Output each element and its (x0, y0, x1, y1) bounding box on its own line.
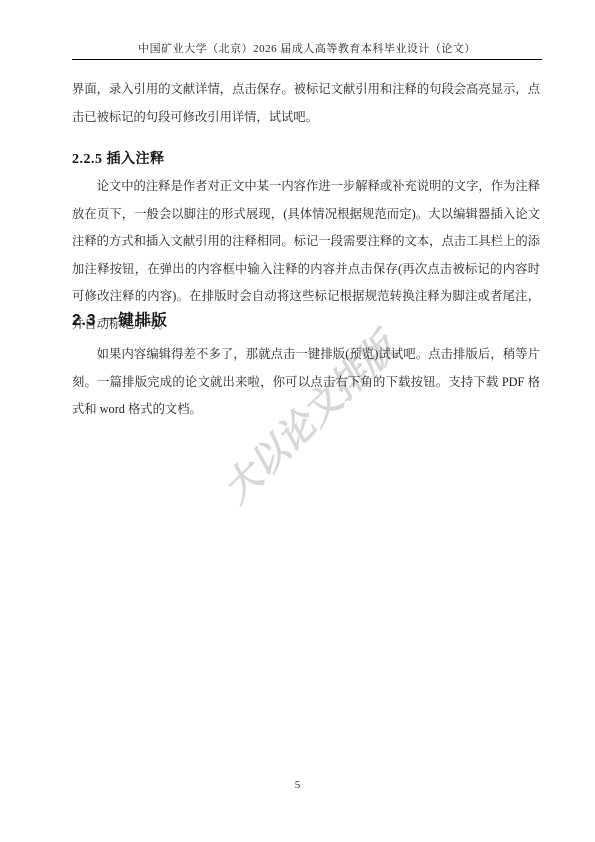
paragraph-continuation: 界面，录入引用的文献详情，点击保存。被标记文献引用和注释的句段会高亮显示，点击已… (72, 76, 540, 131)
page-number: 5 (0, 779, 595, 791)
document-page: 中国矿业大学（北京）2026 届成人高等教育本科毕业设计（论文） 大以论文排版 … (0, 0, 595, 842)
header-rule (72, 59, 542, 60)
running-header-title: 中国矿业大学（北京）2026 届成人高等教育本科毕业设计（论文） (72, 40, 542, 56)
section-heading-2-2-5: 2.2.5 插入注释 (72, 148, 540, 168)
paragraph-section-2-3: 如果内容编辑得差不多了，那就点击一键排版(预览)试试吧。点击排版后，稍等片刻。一… (72, 341, 540, 424)
section-heading-2-3: 2.3 一键排版 (72, 308, 540, 330)
